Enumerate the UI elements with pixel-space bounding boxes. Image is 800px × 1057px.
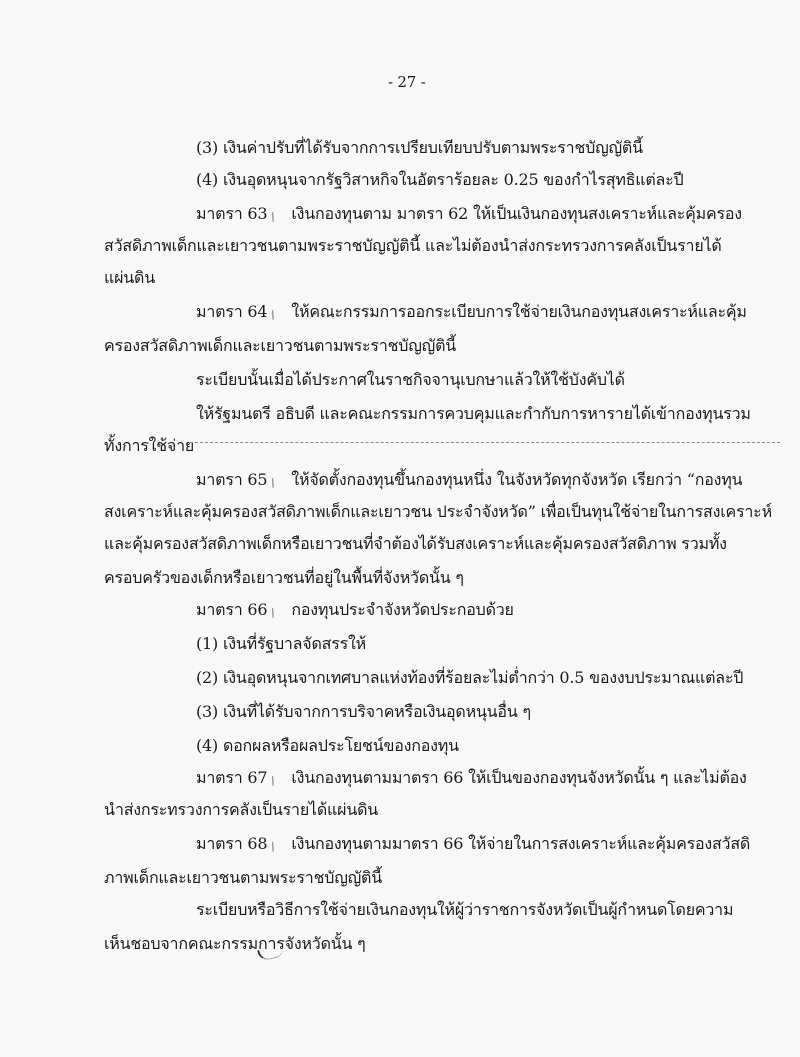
handwritten-tick-icon: / <box>268 303 286 326</box>
line-text: ครอบครัวของเด็กหรือเยาวชนที่อยู่ในพื้นที… <box>104 568 464 587</box>
text-line: (2) เงินอุดหนุนจากเทศบาลแห่งท้องที่ร้อยล… <box>196 668 743 688</box>
handwritten-tick-icon: / <box>268 835 286 858</box>
line-text: เห็นชอบจากคณะกรรมการจังหวัดนั้น ๆ <box>104 934 366 953</box>
text-line: ครองสวัสดิภาพเด็กและเยาวชนตามพระราชบัญญั… <box>104 336 456 356</box>
dashed-rule <box>190 442 780 443</box>
section-heading-line: มาตรา 65/ให้จัดตั้งกองทุนขึ้นกองทุนหนึ่ง… <box>196 470 742 492</box>
section-heading-line: มาตรา 66/กองทุนประจำจังหวัดประกอบด้วย <box>196 600 514 622</box>
text-line: (4) เงินอุดหนุนจากรัฐวิสาหกิจในอัตราร้อย… <box>196 170 684 190</box>
section-heading-line: มาตรา 64/ให้คณะกรรมการออกระเบียบการใช้จ่… <box>196 302 747 324</box>
handwritten-tick-icon: / <box>268 601 286 624</box>
text-line: ครอบครัวของเด็กหรือเยาวชนที่อยู่ในพื้นที… <box>104 568 464 588</box>
line-text: ให้คณะกรรมการออกระเบียบการใช้จ่ายเงินกอง… <box>291 302 746 321</box>
line-text: ระเบียบหรือวิธีการใช้จ่ายเงินกองทุนให้ผู… <box>196 900 733 919</box>
line-text: สงเคราะห์และคุ้มครองสวัสดิภาพเด็กและเยาว… <box>104 502 772 521</box>
text-line: (3) เงินที่ได้รับจากการบริจาคหรือเงินอุด… <box>196 702 531 722</box>
line-text: (4) เงินอุดหนุนจากรัฐวิสาหกิจในอัตราร้อย… <box>196 170 684 189</box>
handwritten-tick-icon: / <box>268 205 286 228</box>
line-text: แผ่นดิน <box>104 268 155 287</box>
section-number: มาตรา 68 <box>196 834 267 853</box>
line-text: เงินกองทุนตาม มาตรา 62 ให้เป็นเงินกองทุน… <box>291 204 742 223</box>
text-line: แผ่นดิน <box>104 268 155 288</box>
section-heading-line: มาตรา 63/เงินกองทุนตาม มาตรา 62 ให้เป็นเ… <box>196 204 742 226</box>
section-number: มาตรา 66 <box>196 600 267 619</box>
line-text: กองทุนประจำจังหวัดประกอบด้วย <box>291 600 513 619</box>
line-text: (2) เงินอุดหนุนจากเทศบาลแห่งท้องที่ร้อยล… <box>196 668 743 687</box>
text-line: นำส่งกระทรวงการคลังเป็นรายได้แผ่นดิน <box>104 800 378 820</box>
line-text: ภาพเด็กและเยาวชนตามพระราชบัญญัตินี้ <box>104 868 382 887</box>
text-line: สวัสดิภาพเด็กและเยาวชนตามพระราชบัญญัตินี… <box>104 236 722 256</box>
text-line: (4) ดอกผลหรือผลประโยชน์ของกองทุน <box>196 736 459 756</box>
line-text: ครองสวัสดิภาพเด็กและเยาวชนตามพระราชบัญญั… <box>104 336 456 355</box>
line-text: สวัสดิภาพเด็กและเยาวชนตามพระราชบัญญัตินี… <box>104 236 722 255</box>
text-line: และคุ้มครองสวัสดิภาพเด็กหรือเยาวชนที่จำต… <box>104 534 727 554</box>
section-heading-line: มาตรา 67/เงินกองทุนตามมาตรา 66 ให้เป็นขอ… <box>196 768 747 790</box>
text-line: ระเบียบนั้นเมื่อได้ประกาศในราชกิจจานุเบก… <box>196 370 625 390</box>
section-number: มาตรา 67 <box>196 768 267 787</box>
section-number: มาตรา 63 <box>196 204 267 223</box>
text-line: (3) เงินค่าปรับที่ได้รับจากการเปรียบเทีย… <box>196 138 643 158</box>
text-line: ให้รัฐมนตรี อธิบดี และคณะกรรมการควบคุมแล… <box>196 404 751 424</box>
handwritten-tick-icon: / <box>268 769 286 792</box>
line-text: ให้จัดตั้งกองทุนขึ้นกองทุนหนึ่ง ในจังหวั… <box>291 470 742 489</box>
text-line: ทั้งการใช้จ่าย <box>104 436 194 456</box>
text-line: สงเคราะห์และคุ้มครองสวัสดิภาพเด็กและเยาว… <box>104 502 772 522</box>
line-text: ทั้งการใช้จ่าย <box>104 436 194 455</box>
section-number: มาตรา 64 <box>196 302 267 321</box>
line-text: เงินกองทุนตามมาตรา 66 ให้เป็นของกองทุนจั… <box>291 768 746 787</box>
text-line: (1) เงินที่รัฐบาลจัดสรรให้ <box>196 634 366 654</box>
section-number: มาตรา 65 <box>196 470 267 489</box>
page-number: - 27 - <box>388 72 426 92</box>
section-heading-line: มาตรา 68/เงินกองทุนตามมาตรา 66 ให้จ่ายใน… <box>196 834 750 856</box>
text-line: ภาพเด็กและเยาวชนตามพระราชบัญญัตินี้ <box>104 868 382 888</box>
line-text: และคุ้มครองสวัสดิภาพเด็กหรือเยาวชนที่จำต… <box>104 534 727 553</box>
line-text: (3) เงินที่ได้รับจากการบริจาคหรือเงินอุด… <box>196 702 531 721</box>
line-text: (3) เงินค่าปรับที่ได้รับจากการเปรียบเทีย… <box>196 138 643 157</box>
line-text: ให้รัฐมนตรี อธิบดี และคณะกรรมการควบคุมแล… <box>196 404 751 423</box>
handwritten-tick-icon: / <box>268 471 286 494</box>
text-line: ระเบียบหรือวิธีการใช้จ่ายเงินกองทุนให้ผู… <box>196 900 733 920</box>
line-text: นำส่งกระทรวงการคลังเป็นรายได้แผ่นดิน <box>104 800 378 819</box>
text-line: เห็นชอบจากคณะกรรมการจังหวัดนั้น ๆ <box>104 934 366 954</box>
line-text: ระเบียบนั้นเมื่อได้ประกาศในราชกิจจานุเบก… <box>196 370 625 389</box>
document-page: - 27 - (3) เงินค่าปรับที่ได้รับจากการเปร… <box>0 0 800 1057</box>
line-text: (1) เงินที่รัฐบาลจัดสรรให้ <box>196 634 366 653</box>
line-text: (4) ดอกผลหรือผลประโยชน์ของกองทุน <box>196 736 459 755</box>
line-text: เงินกองทุนตามมาตรา 66 ให้จ่ายในการสงเครา… <box>291 834 750 853</box>
